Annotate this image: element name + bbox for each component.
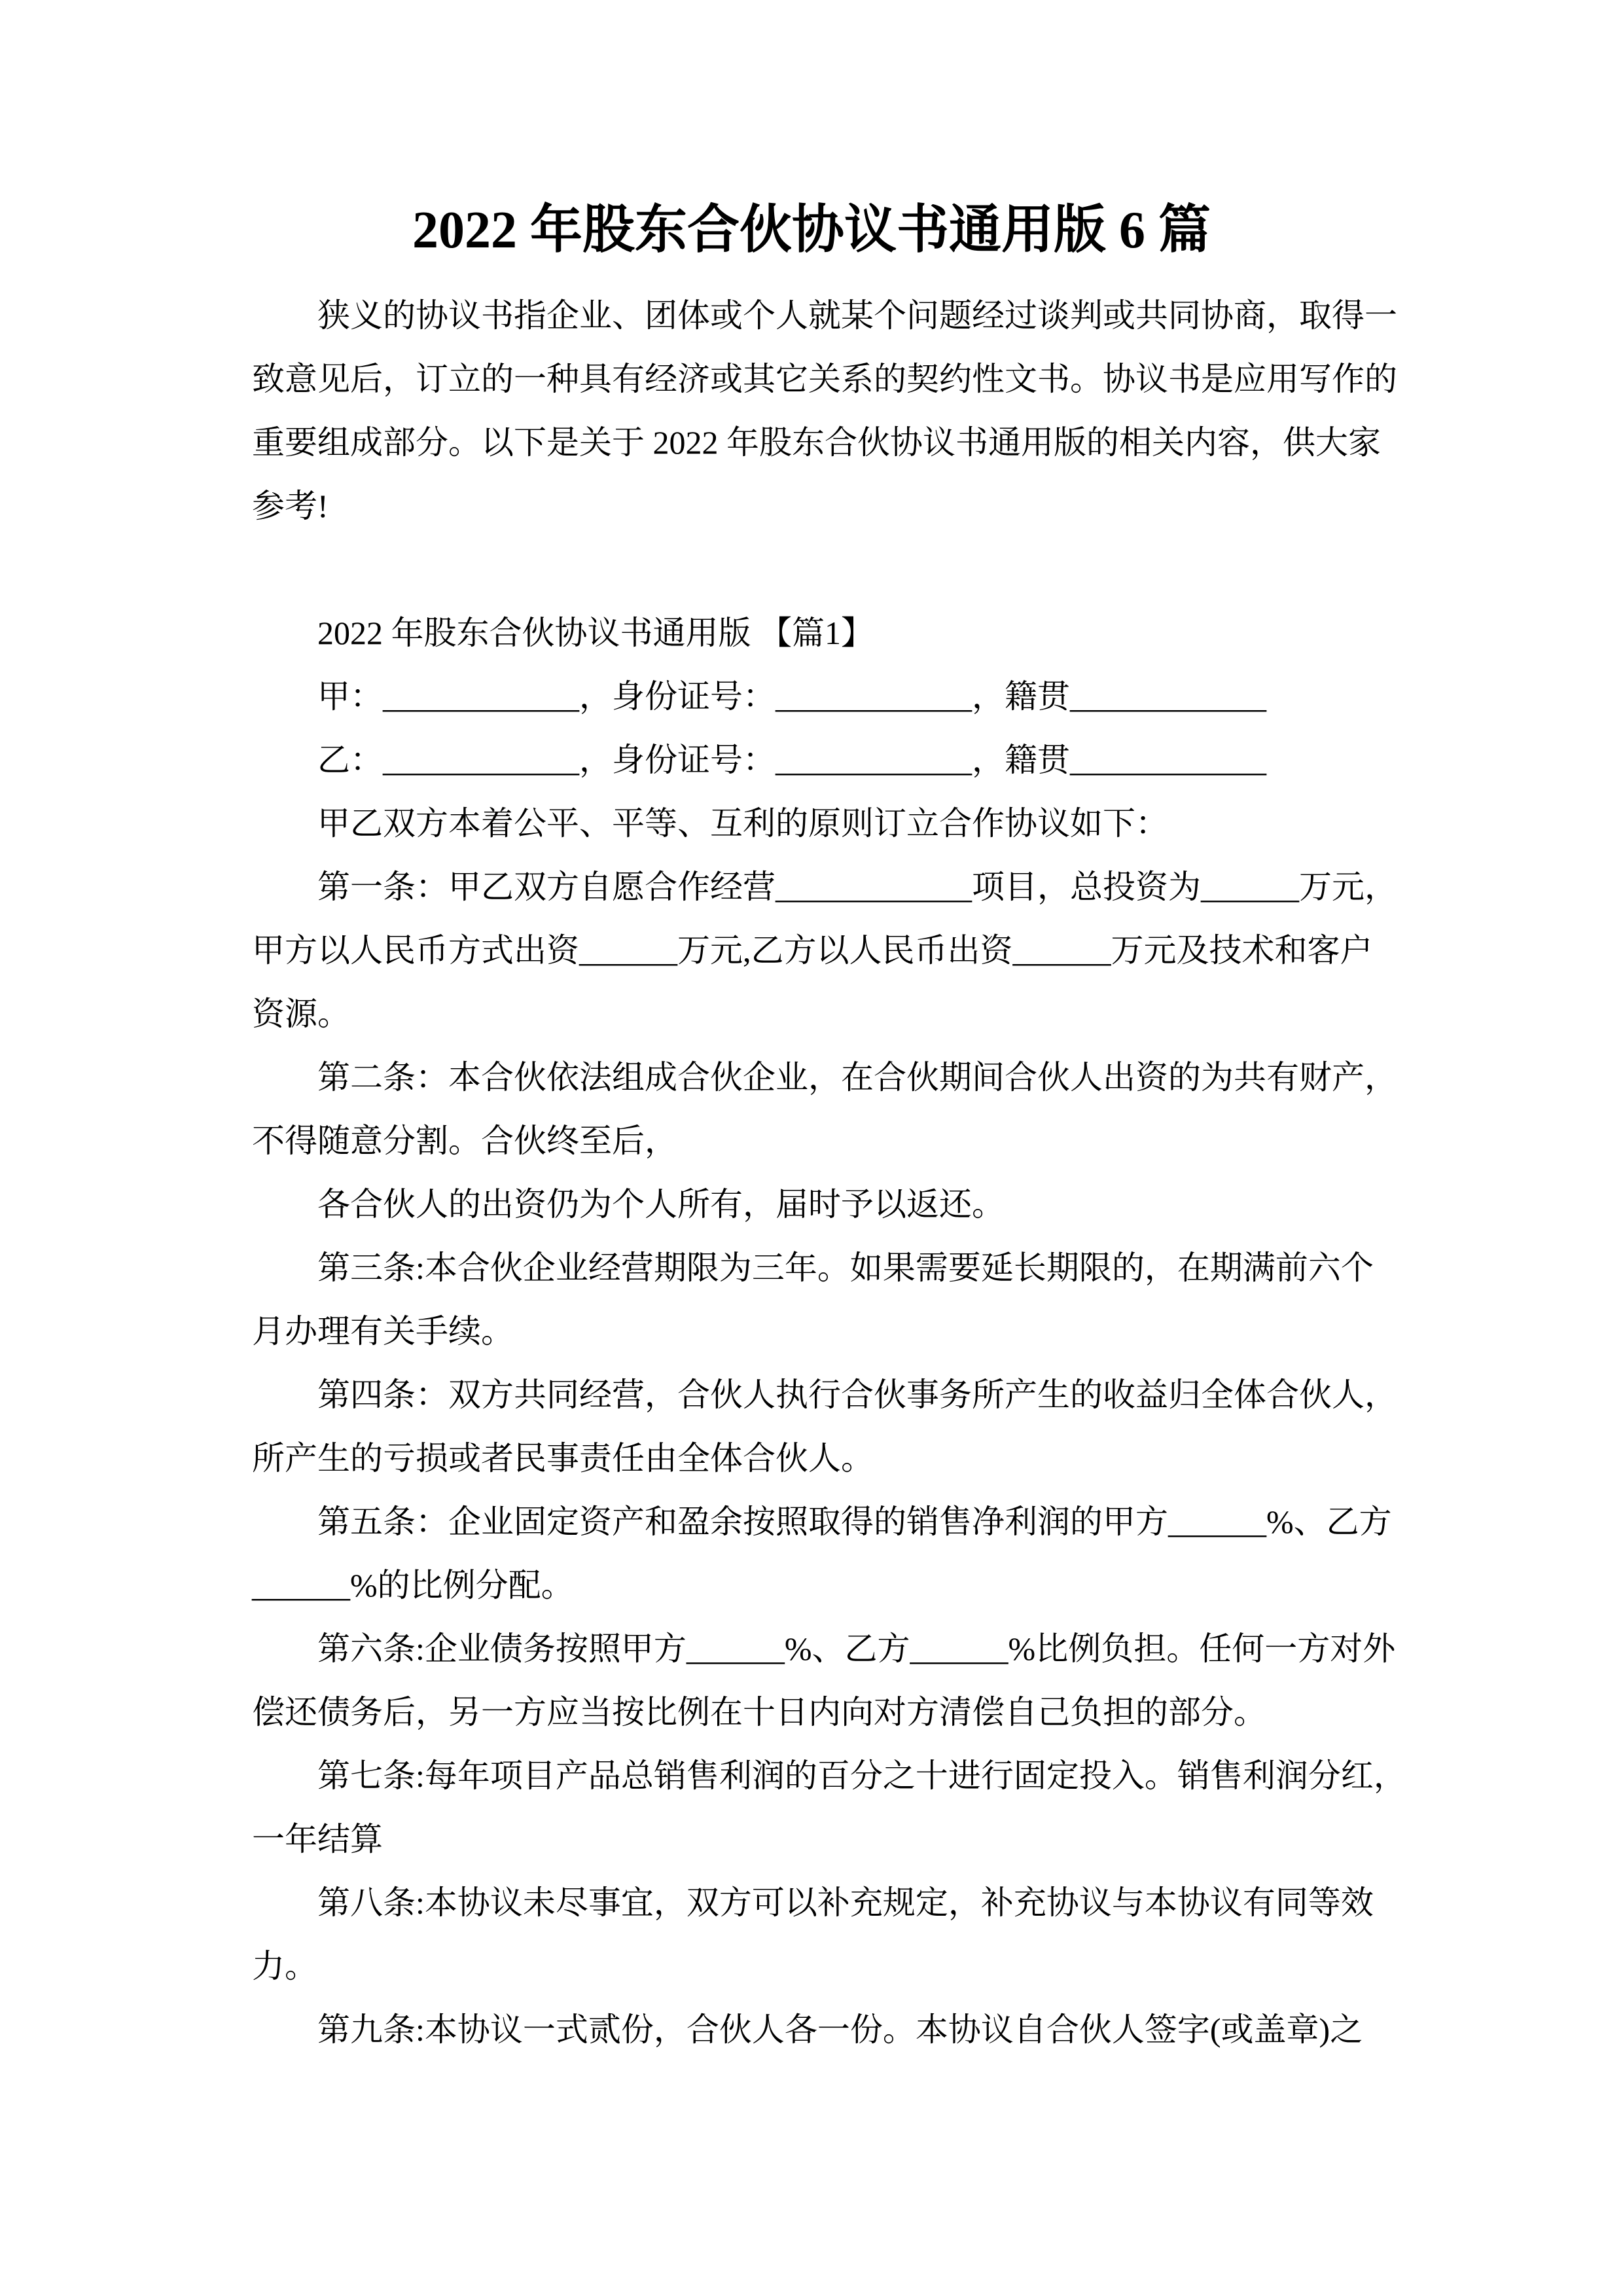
blank-line [252,538,1387,601]
text-line: 第七条:每年项目产品总销售利润的百分之十进行固定投入。销售利润分红， [252,1744,1387,1808]
text-line: ______%的比例分配。 [252,1554,1387,1617]
text-line: 所产生的亏损或者民事责任由全体合伙人。 [252,1427,1387,1490]
text-line: 第九条:本协议一式贰份，合伙人各一份。本协议自合伙人签字(或盖章)之 [252,1998,1387,2062]
text-line: 第一条：甲乙双方自愿合作经营____________项目，总投资为______万… [252,855,1387,919]
text-line: 第六条:企业债务按照甲方______%、乙方______%比例负担。任何一方对外 [252,1617,1387,1681]
text-line: 不得随意分割。合伙终至后， [252,1109,1387,1173]
text-line: 第三条:本合伙企业经营期限为三年。如果需要延长期限的，在期满前六个 [252,1236,1387,1300]
text-line: 月办理有关手续。 [252,1300,1387,1363]
document-body: 狭义的协议书指企业、团体或个人就某个问题经过谈判或共同协商，取得一 致意见后，订… [0,284,1623,2062]
text-line: 重要组成部分。以下是关于 2022 年股东合伙协议书通用版的相关内容，供大家 [252,411,1387,475]
text-line: 力。 [252,1935,1387,1998]
text-line: 偿还债务后，另一方应当按比例在十日内向对方清偿自己负担的部分。 [252,1681,1387,1744]
text-line: 参考! [252,475,1387,538]
text-line: 资源。 [252,982,1387,1046]
section-heading: 2022 年股东合伙协议书通用版 【篇1】 [252,601,1387,665]
text-line: 第八条:本协议未尽事宜，双方可以补充规定，补充协议与本协议有同等效 [252,1871,1387,1935]
text-line: 甲方以人民币方式出资______万元,乙方以人民币出资______万元及技术和客… [252,919,1387,982]
document-title: 2022 年股东合伙协议书通用版 6 篇 [157,193,1466,268]
text-line: 第二条：本合伙依法组成合伙企业，在合伙期间合伙人出资的为共有财产， [252,1046,1387,1109]
text-line: 第五条：企业固定资产和盈余按照取得的销售净利润的甲方______%、乙方 [252,1490,1387,1554]
text-line: 甲乙双方本着公平、平等、互利的原则订立合作协议如下： [252,792,1387,855]
text-line: 第四条：双方共同经营，合伙人执行合伙事务所产生的收益归全体合伙人， [252,1363,1387,1427]
text-line: 乙：____________，身份证号：____________，籍贯_____… [252,728,1387,792]
document-page: 2022 年股东合伙协议书通用版 6 篇 狭义的协议书指企业、团体或个人就某个问… [0,0,1623,2296]
text-line: 一年结算 [252,1808,1387,1871]
text-line: 狭义的协议书指企业、团体或个人就某个问题经过谈判或共同协商，取得一 [252,284,1387,348]
text-line: 各合伙人的出资仍为个人所有，届时予以返还。 [252,1173,1387,1236]
text-line: 甲：____________，身份证号：____________，籍贯_____… [252,665,1387,728]
text-line: 致意见后，订立的一种具有经济或其它关系的契约性文书。协议书是应用写作的 [252,348,1387,411]
